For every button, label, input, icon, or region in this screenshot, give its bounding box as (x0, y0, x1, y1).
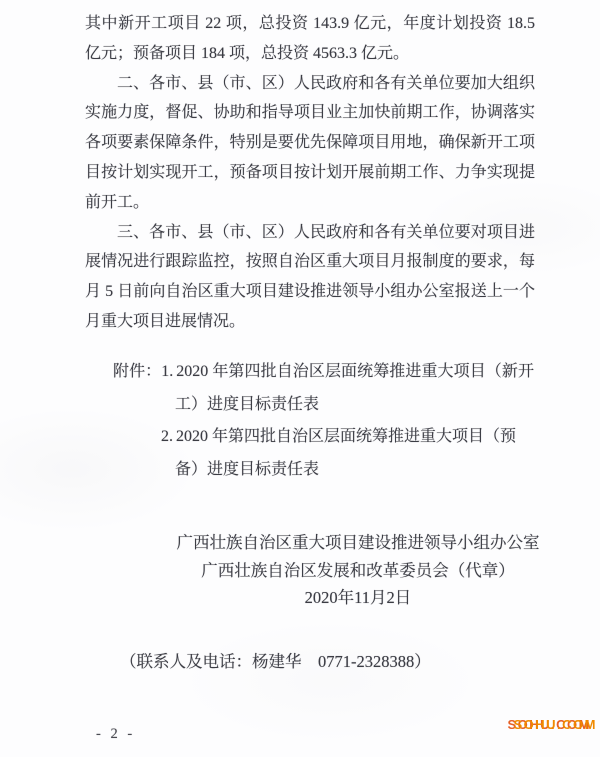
contact-line: （联系人及电话：杨建华 0771-2328388） (120, 648, 431, 672)
signature-block: 广西壮族自治区重大项目建设推进领导小组办公室 广西壮族自治区发展和改革委员会（代… (116, 529, 600, 612)
body-line: 其中新开工项目 22 项，总投资 143.9 亿元，年度计划投资 18.5 (85, 9, 535, 39)
body-line: 月 5 日前向自治区重大项目建设推进领导小组办公室报送上一个 (85, 277, 535, 307)
body-line: 亿元；预备项目 184 项，总投资 4563.3 亿元。 (85, 39, 535, 69)
attachment-line: 附件：1.2020 年第四批自治区层面统筹推进重大项目（新开 (113, 356, 534, 389)
attachments-label: 附件： (113, 363, 161, 380)
attachment-number: 1. (161, 363, 173, 380)
signature-date: 2020年11月2日 (116, 584, 600, 612)
body-line: 各项要素保障条件，特别是要优先保障项目用地，确保新开工项 (85, 128, 535, 158)
attachment-line: 工）进度目标责任表 (113, 389, 534, 422)
document-page: 其中新开工项目 22 项，总投资 143.9 亿元，年度计划投资 18.5亿元；… (0, 0, 600, 757)
signature-org-1: 广西壮族自治区重大项目建设推进领导小组办公室 (116, 529, 600, 557)
body-line: 实施力度，督促、协助和指导项目业主加快前期工作，协调落实 (85, 98, 535, 128)
attachment-number: 2. (161, 428, 173, 445)
page-number: - 2 - (96, 726, 135, 743)
attachment-line: 2.2020 年第四批自治区层面统筹推进重大项目（预 (113, 421, 534, 454)
signature-org-2: 广西壮族自治区发展和改革委员会（代章） (116, 557, 600, 585)
document-body: 其中新开工项目 22 项，总投资 143.9 亿元，年度计划投资 18.5亿元；… (85, 9, 535, 337)
body-line: 展情况进行跟踪监控，按照自治区重大项目月报制度的要求，每 (85, 247, 535, 277)
watermark: SOHU.COM SOHU.COM (501, 717, 597, 735)
body-line: 目按计划实现开工，预备项目按计划开展前期工作、力争实现提 (85, 158, 535, 188)
attachment-line: 备）进度目标责任表 (113, 454, 534, 487)
watermark-text-front: SOHU.COM (514, 717, 598, 732)
body-line: 三、各市、县（市、区）人民政府和各有关单位要对项目进 (85, 218, 535, 248)
body-line: 前开工。 (85, 188, 535, 218)
attachments-block: 附件：1.2020 年第四批自治区层面统筹推进重大项目（新开工）进度目标责任表2… (113, 356, 534, 486)
body-line: 月重大项目进展情况。 (85, 307, 535, 337)
body-line: 二、各市、县（市、区）人民政府和各有关单位要加大组织 (85, 69, 535, 99)
